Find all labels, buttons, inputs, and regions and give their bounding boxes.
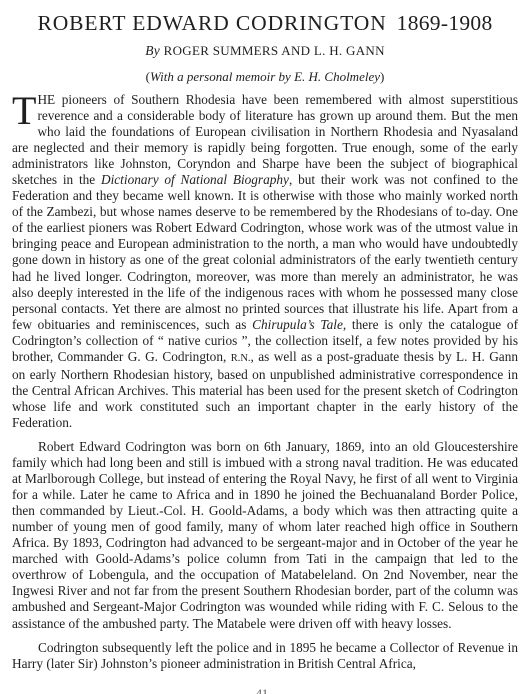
article-title: ROBERT EDWARD CODRINGTON1869-1908 [12, 9, 518, 37]
italic-title: Chirupula’s Tale [252, 317, 343, 332]
paragraph: Robert Edward Codrington was born on 6th… [12, 439, 518, 632]
page-number: 41 [256, 688, 268, 694]
title-name: ROBERT EDWARD CODRINGTON [37, 11, 386, 35]
byline-authors: ROGER SUMMERS AND L. H. GANN [164, 43, 385, 58]
italic-title: Dictionary of National Biography [101, 172, 289, 187]
memoir-close-paren: ) [380, 69, 384, 84]
drop-cap: T [12, 96, 36, 126]
text-run: , but their work was not confined to the… [12, 172, 518, 331]
byline: By ROGER SUMMERS AND L. H. GANN [12, 42, 518, 60]
text-run: Codrington subsequently left the police … [12, 640, 518, 671]
byline-prefix: By [145, 43, 160, 58]
memoir-note: (With a personal memoir by E. H. Cholmel… [12, 68, 518, 86]
paragraph: THE pioneers of Southern Rhodesia have b… [12, 92, 518, 431]
text-run: Robert Edward Codrington was born on 6th… [12, 439, 518, 631]
document-page: ROBERT EDWARD CODRINGTON1869-1908 By ROG… [12, 0, 518, 672]
title-dates: 1869-1908 [397, 11, 493, 35]
article-body: THE pioneers of Southern Rhodesia have b… [12, 92, 518, 672]
abbreviation: R.N. [231, 353, 251, 364]
paragraph: Codrington subsequently left the police … [12, 640, 518, 672]
memoir-text: With a personal memoir by E. H. Cholmele… [150, 69, 380, 84]
